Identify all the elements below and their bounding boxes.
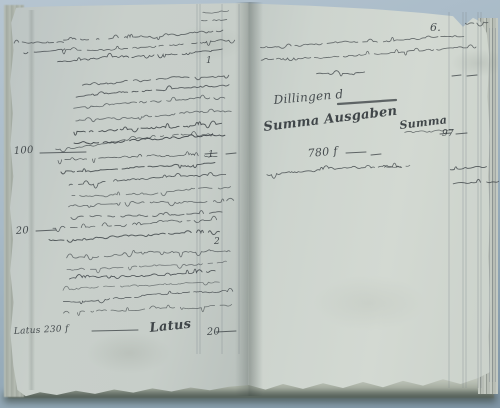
- left-page-crease: [28, 10, 35, 390]
- manuscript-photo: 10020112Latus 230 fLatus206.Dillingen dS…: [0, 0, 500, 408]
- left-page: [9, 3, 248, 397]
- book-gutter: [235, 2, 263, 396]
- right-page: [248, 1, 498, 400]
